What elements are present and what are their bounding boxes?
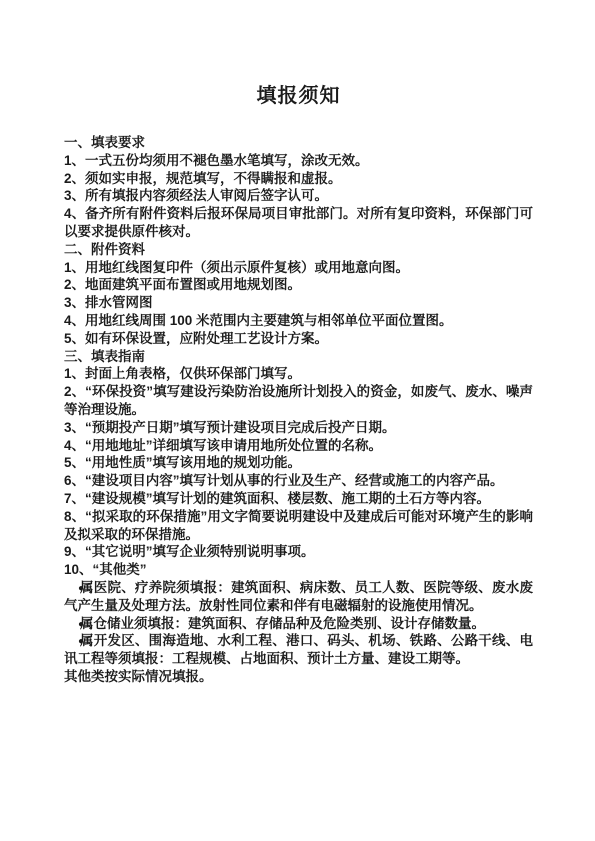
list-item: 2、须如实申报，规范填写，不得瞒报和虚报。 bbox=[64, 170, 533, 188]
bullet-item: ● 属医院、疗养院须填报：建筑面积、病床数、员工人数、医院等级、废水废气产生量及… bbox=[64, 579, 533, 615]
list-item: 1、一式五份均须用不褪色墨水笔填写，涂改无效。 bbox=[64, 152, 533, 170]
list-item: 10、“其他类” bbox=[64, 561, 533, 579]
bullet-item-text: 属开发区、围海造地、水利工程、港口、码头、机场、铁路、公路干线、电讯工程等须填报… bbox=[64, 633, 533, 666]
list-item: 3、排水管网图 bbox=[64, 294, 533, 312]
bullet-item-text: 属仓储业须填报：建筑面积、存储品种及危险类别、设计存储数量。 bbox=[80, 616, 485, 631]
list-item: 1、用地红线图复印件（须出示原件复核）或用地意向图。 bbox=[64, 259, 533, 277]
document-title: 填报须知 bbox=[64, 86, 533, 107]
list-item: 7、“建设规模”填写计划的建筑面积、楼层数、施工期的土石方等内容。 bbox=[64, 490, 533, 508]
document-page: 填报须知 一、填表要求 1、一式五份均须用不褪色墨水笔填写，涂改无效。 2、须如… bbox=[0, 0, 595, 841]
bullet-item-text: 属医院、疗养院须填报：建筑面积、病床数、员工人数、医院等级、废水废气产生量及处理… bbox=[64, 580, 533, 613]
closing-note: 其他类按实际情况填报。 bbox=[64, 668, 533, 686]
document-body: 一、填表要求 1、一式五份均须用不褪色墨水笔填写，涂改无效。 2、须如实申报，规… bbox=[64, 134, 533, 686]
list-item: 5、“用地性质”填写该用地的规划功能。 bbox=[64, 454, 533, 472]
list-item: 8、“拟采取的环保措施”用文字简要说明建设中及建成后可能对环境产生的影响及拟采取… bbox=[64, 508, 533, 544]
list-item: 4、备齐所有附件资料后报环保局项目审批部门。对所有复印资料，环保部门可以要求提供… bbox=[64, 205, 533, 241]
list-item: 3、所有填报内容须经法人审阅后签字认可。 bbox=[64, 187, 533, 205]
list-item: 9、“其它说明”填写企业须特别说明事项。 bbox=[64, 543, 533, 561]
list-item: 4、“用地地址”详细填写该申请用地所处位置的名称。 bbox=[64, 437, 533, 455]
list-item: 6、“建设项目内容”填写计划从事的行业及生产、经营或施工的内容产品。 bbox=[64, 472, 533, 490]
list-item: 5、如有环保设置，应附处理工艺设计方案。 bbox=[64, 330, 533, 348]
bullet-icon: ● bbox=[78, 616, 84, 634]
list-item: 4、用地红线周围 100 米范围内主要建筑与相邻单位平面位置图。 bbox=[64, 312, 533, 330]
bullet-icon: ● bbox=[78, 580, 84, 598]
section-heading: 二、附件资料 bbox=[64, 241, 533, 259]
bullet-item: ● 属开发区、围海造地、水利工程、港口、码头、机场、铁路、公路干线、电讯工程等须… bbox=[64, 632, 533, 668]
list-item: 1、封面上角表格，仅供环保部门填写。 bbox=[64, 365, 533, 383]
bullet-icon: ● bbox=[78, 633, 84, 651]
section-heading: 一、填表要求 bbox=[64, 134, 533, 152]
list-item: 2、地面建筑平面布置图或用地规划图。 bbox=[64, 276, 533, 294]
list-item: 3、“预期投产日期”填写预计建设项目完成后投产日期。 bbox=[64, 419, 533, 437]
bullet-item: ● 属仓储业须填报：建筑面积、存储品种及危险类别、设计存储数量。 bbox=[64, 615, 533, 633]
section-heading: 三、填表指南 bbox=[64, 348, 533, 366]
list-item: 2、“环保投资”填写建设污染防治设施所计划投入的资金，如废气、废水、噪声等治理设… bbox=[64, 383, 533, 419]
